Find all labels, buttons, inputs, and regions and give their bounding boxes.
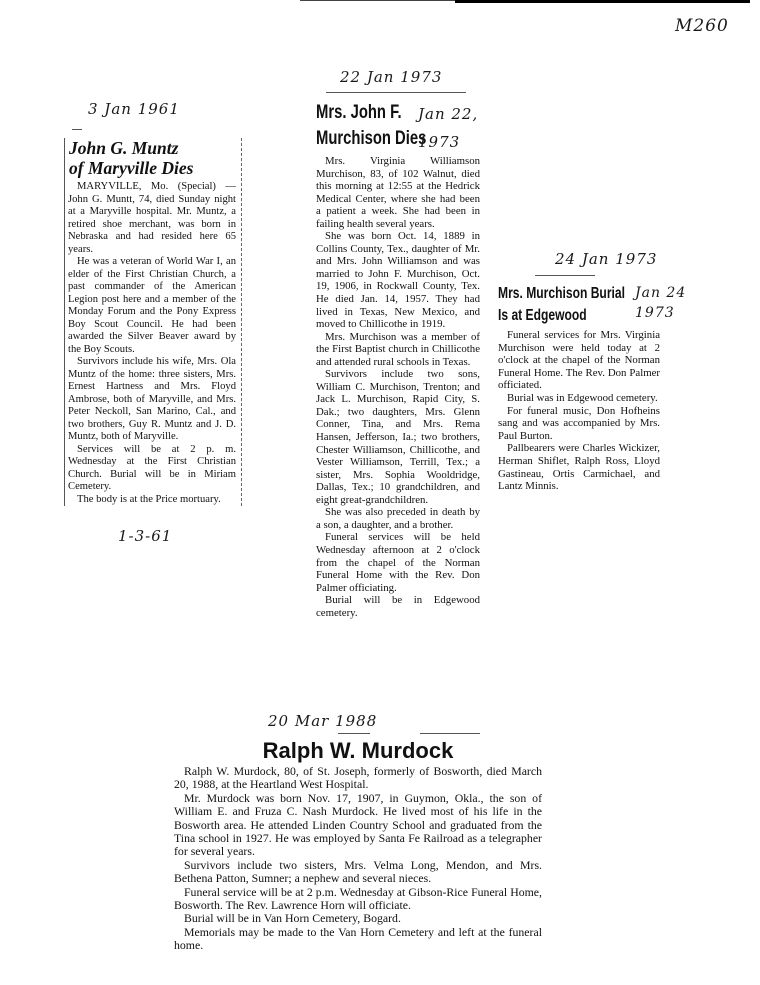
paragraph: Pallbearers were Charles Wickizer, Herma… [498, 442, 660, 492]
paragraph: Services will be at 2 p. m. Wednesday at… [68, 444, 236, 494]
reference-number: M260 [675, 16, 729, 36]
paragraph: Funeral service will be at 2 p.m. Wednes… [174, 886, 542, 913]
obituary-clipping: Mrs. John F.Murchison Dies Mrs. Virginia… [316, 100, 480, 619]
scan-edge-bar [455, 0, 750, 3]
clipping-edge [241, 138, 242, 506]
headline: John G. Muntzof Maryville Dies [69, 138, 236, 178]
handwritten-date: 20 Mar 1988 [268, 712, 377, 730]
handwritten-note: 1-3-61 [118, 527, 172, 545]
paragraph: Funeral services for Mrs. Virginia Murch… [498, 329, 660, 392]
headline: Mrs. Murchison BurialIs at Edgewood [498, 283, 624, 327]
paragraph: Burial will be in Van Horn Cemetery, Bog… [174, 912, 542, 925]
divider [420, 733, 480, 734]
paragraph: Funeral services will be held Wednesday … [316, 531, 480, 594]
paragraph: Memorials may be made to the Van Horn Ce… [174, 926, 542, 953]
handwritten-note: Jan 22, 1973 [418, 100, 508, 156]
headline-line: Murchison Dies [316, 128, 426, 149]
headline-line: Mrs. Murchison Burial [498, 285, 625, 302]
obituary-clipping: Ralph W. Murdock Ralph W. Murdock, 80, o… [174, 737, 542, 953]
paragraph: For funeral music, Don Hofheins sang and… [498, 405, 660, 443]
paragraph: Burial will be in Edgewood cemetery. [316, 594, 480, 619]
headline: Ralph W. Murdock [174, 737, 542, 765]
headline-line: Is at Edgewood [498, 307, 587, 324]
paragraph: Ralph W. Murdock, 80, of St. Joseph, for… [174, 765, 542, 792]
paragraph: Survivors include two sons, William C. M… [316, 368, 480, 506]
paragraph: He was a veteran of World War I, an elde… [68, 256, 236, 356]
paragraph: Mrs. Virginia Williamson Murchison, 83, … [316, 155, 480, 230]
paragraph: Survivors include two sisters, Mrs. Velm… [174, 859, 542, 886]
divider [338, 733, 370, 734]
divider [326, 92, 466, 93]
handwritten-note: Jan 24 1973 [635, 283, 705, 323]
headline-line: of Maryville Dies [69, 158, 193, 178]
paragraph: She was also preceded in death by a son,… [316, 506, 480, 531]
divider [535, 275, 595, 276]
divider [72, 129, 82, 130]
scan-edge-line [300, 0, 460, 1]
paragraph: She was born Oct. 14, 1889 in Collins Co… [316, 230, 480, 330]
obituary-clipping: John G. Muntzof Maryville Dies MARYVILLE… [64, 138, 236, 506]
handwritten-date: 3 Jan 1961 [88, 100, 180, 118]
handwritten-date: 22 Jan 1973 [340, 68, 442, 86]
headline-line: Mrs. John F. [316, 102, 402, 123]
paragraph: Mrs. Murchison was a member of the First… [316, 331, 480, 369]
headline-line: John G. Muntz [69, 138, 178, 158]
paragraph: The body is at the Price mortuary. [68, 494, 236, 507]
paragraph: Mr. Murdock was born Nov. 17, 1907, in G… [174, 792, 542, 859]
paragraph: MARYVILLE, Mo. (Special) — John G. Muntt… [68, 181, 236, 256]
handwritten-date: 24 Jan 1973 [555, 250, 657, 268]
paragraph: Survivors include his wife, Mrs. Ola Mun… [68, 356, 236, 444]
paragraph: Burial was in Edgewood cemetery. [498, 392, 660, 405]
